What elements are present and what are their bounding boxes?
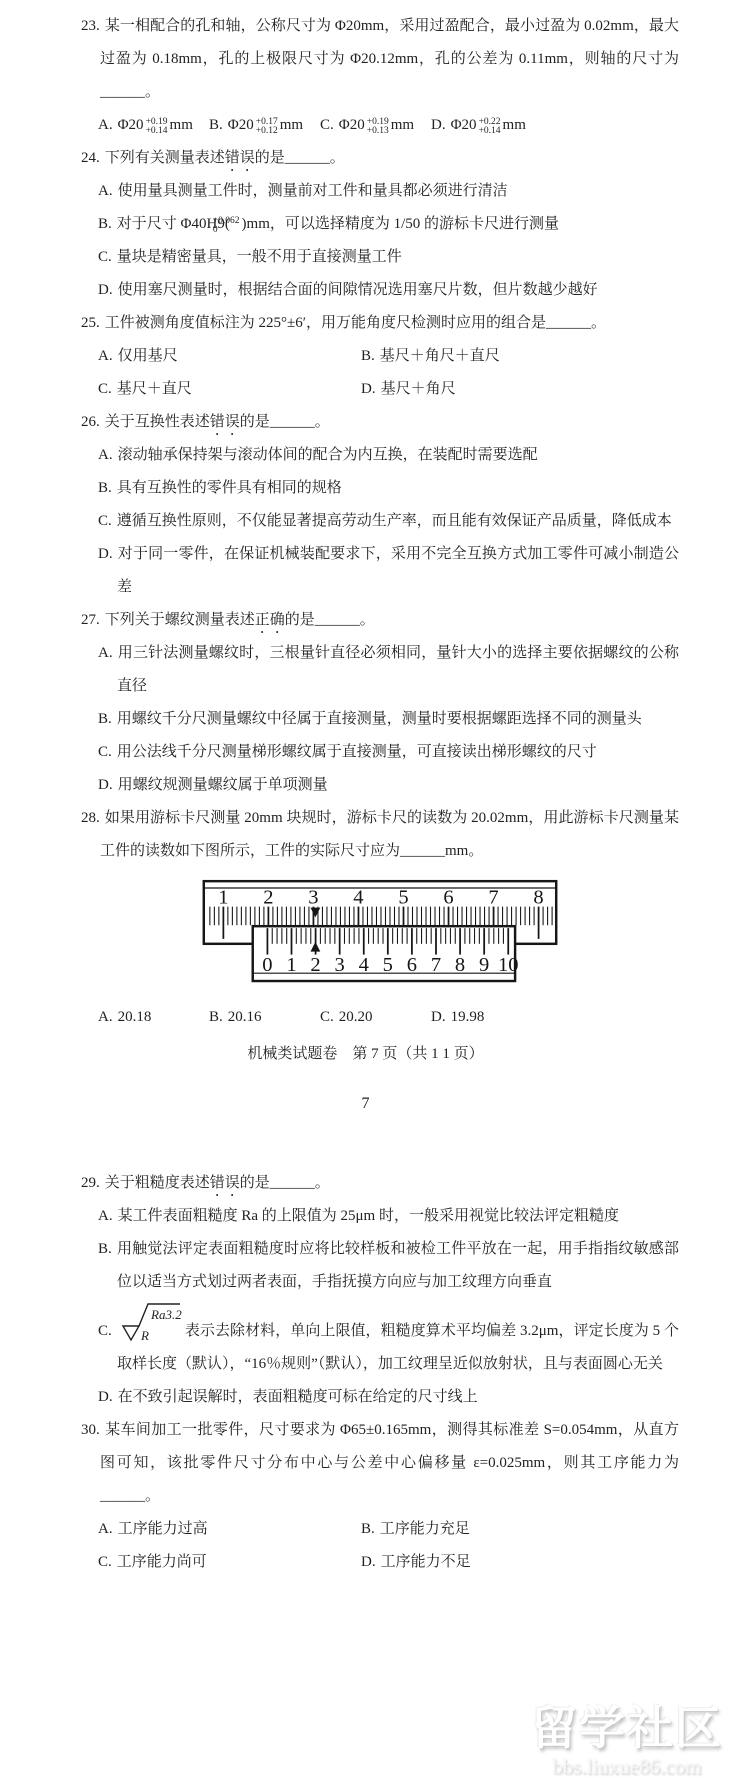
svg-text:3: 3 — [308, 887, 318, 909]
option-label: D. — [98, 546, 113, 562]
option-label: A. — [98, 645, 113, 661]
option-a: A.仅用基尺 — [98, 340, 361, 373]
option-label: D. — [361, 1554, 376, 1570]
option-a: A.使用量具测量工件时，测量前对工件和量具都必须进行清洁 — [98, 175, 679, 208]
option-text: 量块是精密量具，一般不用于直接测量工件 — [117, 249, 402, 265]
svg-text:7: 7 — [488, 887, 498, 909]
option-label: B. — [209, 1009, 223, 1025]
option-text: 使用塞尺测量时，根据结合面的间隙情况选用塞尺片数，但片数越少越好 — [118, 282, 598, 298]
unit: mm — [170, 117, 193, 133]
option-a: A.20.18 — [98, 1001, 209, 1034]
question-text: 某一相配合的孔和轴，公称尺寸为 Φ20mm，采用过盈配合，最小过盈为 0.02m… — [100, 18, 679, 100]
tolerance-stack: +0.17+0.12 — [256, 118, 278, 136]
svg-text:2: 2 — [310, 954, 320, 976]
option-text: 工序能力尚可 — [117, 1554, 207, 1570]
watermark-url: bbs.liuxue86.com — [531, 1754, 723, 1779]
vernier-caliper-figure: 12345678 012345678910 — [194, 876, 566, 994]
question-text: 某车间加工一批零件，尺寸要求为 Φ65±0.165mm，测得其标准差 S=0.0… — [100, 1422, 679, 1504]
question-24-stem: 24.下列有关测量表述错误的是______。 — [81, 142, 679, 175]
option-label: A. — [98, 1009, 113, 1025]
upper-deviation: +0.062 — [232, 217, 240, 226]
surface-roughness-symbol: Ra3.2R — [120, 1299, 182, 1345]
lay-symbol: R — [140, 1328, 149, 1343]
option-text: 使用量具测量工件时，测量前对工件和量具都必须进行清洁 — [118, 183, 508, 199]
question-number: 25. — [81, 315, 100, 331]
option-value: Φ20 — [228, 117, 254, 133]
option-text: 某工件表面粗糙度 Ra 的上限值为 25μm 时，一般采用视觉比较法评定粗糙度 — [118, 1208, 619, 1224]
option-label: D. — [431, 117, 446, 133]
question-number: 26. — [81, 414, 100, 430]
question-29: 29.关于粗糙度表述错误的是______。 A.某工件表面粗糙度 Ra 的上限值… — [81, 1167, 679, 1414]
option-label: A. — [98, 447, 113, 463]
option-c: C.基尺＋直尺 — [98, 373, 361, 406]
svg-text:8: 8 — [533, 887, 543, 909]
question-number: 30. — [81, 1422, 100, 1438]
svg-text:1: 1 — [286, 954, 296, 976]
svg-text:4: 4 — [359, 954, 369, 976]
question-25: 25.工件被测角度值标注为 225°±6′，用万能角度尺检测时应用的组合是___… — [81, 307, 679, 406]
option-label: A. — [98, 183, 113, 199]
question-28-options: A.20.18 B.20.16 C.20.20 D.19.98 — [98, 1001, 679, 1034]
question-24-options: A.使用量具测量工件时，测量前对工件和量具都必须进行清洁 B.对于尺寸 Φ40H… — [98, 175, 679, 307]
option-label: C. — [98, 1323, 112, 1339]
option-text: 工序能力充足 — [380, 1521, 470, 1537]
question-number: 28. — [81, 810, 100, 826]
option-a: A.滚动轴承保持架与滚动体间的配合为内互换，在装配时需要选配 — [98, 439, 679, 472]
question-27-options: A.用三针法测量螺纹时，三根量针直径必须相同，量针大小的选择主要依据螺纹的公称直… — [98, 637, 679, 802]
option-d: D.Φ20+0.22+0.14mm — [431, 109, 526, 142]
svg-text:3: 3 — [335, 954, 345, 976]
watermark-title: 留学社区 — [531, 1692, 723, 1758]
option-label: C. — [98, 513, 112, 529]
option-value: 20.20 — [339, 1009, 373, 1025]
lower-deviation: +0.12 — [256, 127, 278, 136]
question-25-options-row1: A.仅用基尺 B.基尺＋角尺＋直尺 — [98, 340, 679, 373]
question-23-stem: 23.某一相配合的孔和轴，公称尺寸为 Φ20mm，采用过盈配合，最小过盈为 0.… — [81, 10, 679, 109]
option-b: B.用触觉法评定表面粗糙度时应将比较样板和被检工件平放在一起，用手指指纹敏感部位… — [98, 1233, 679, 1299]
question-26: 26.关于互换性表述错误的是______。 A.滚动轴承保持架与滚动体间的配合为… — [81, 406, 679, 604]
question-text: 工件被测角度值标注为 225°±6′，用万能角度尺检测时应用的组合是______… — [105, 315, 606, 331]
option-c: C.Φ20+0.19+0.13mm — [320, 109, 431, 142]
svg-text:9: 9 — [479, 954, 489, 976]
option-text: 用三针法测量螺纹时，三根量针直径必须相同，量针大小的选择主要依据螺纹的公称直径 — [117, 645, 679, 694]
option-b: B.Φ20+0.17+0.12mm — [209, 109, 320, 142]
option-text: 工序能力不足 — [381, 1554, 471, 1570]
option-c: C.20.20 — [320, 1001, 431, 1034]
option-value: Φ20 — [339, 117, 365, 133]
caliper-figure-wrapper: 12345678 012345678910 — [81, 876, 679, 999]
question-30: 30.某车间加工一批零件，尺寸要求为 Φ65±0.165mm，测得其标准差 S=… — [81, 1414, 679, 1579]
option-b: B.基尺＋角尺＋直尺 — [361, 340, 500, 373]
question-30-stem: 30.某车间加工一批零件，尺寸要求为 Φ65±0.165mm，测得其标准差 S=… — [81, 1414, 679, 1513]
question-29-options: A.某工件表面粗糙度 Ra 的上限值为 25μm 时，一般采用视觉比较法评定粗糙… — [98, 1200, 679, 1414]
option-label: C. — [98, 249, 112, 265]
question-25-options-row2: C.基尺＋直尺 D.基尺＋角尺 — [98, 373, 679, 406]
option-text: 具有互换性的零件具有相同的规格 — [117, 480, 342, 496]
option-label: B. — [361, 348, 375, 364]
option-label: B. — [361, 1521, 375, 1537]
option-d: D.在不致引起误解时，表面粗糙度可标在给定的尺寸线上 — [98, 1381, 679, 1414]
tolerance-stack: +0.19+0.13 — [367, 118, 389, 136]
svg-text:0: 0 — [262, 954, 272, 976]
option-d: D.用螺纹规测量螺纹属于单项测量 — [98, 769, 679, 802]
svg-text:8: 8 — [455, 954, 465, 976]
option-value: Φ20 — [118, 117, 144, 133]
unit: mm — [280, 117, 303, 133]
tolerance-stack: +0.19+0.14 — [146, 118, 168, 136]
option-b: B.20.16 — [209, 1001, 320, 1034]
option-c: C.工序能力尚可 — [98, 1546, 361, 1579]
question-26-stem: 26.关于互换性表述错误的是______。 — [81, 406, 679, 439]
roughness-triangle — [123, 1326, 139, 1340]
svg-text:4: 4 — [353, 887, 363, 909]
svg-text:6: 6 — [407, 954, 417, 976]
question-number: 24. — [81, 150, 100, 166]
svg-text:5: 5 — [383, 954, 393, 976]
option-label: D. — [361, 381, 376, 397]
tolerance-stack: +0.22+0.14 — [479, 118, 501, 136]
option-label: B. — [98, 480, 112, 496]
option-text: 表示去除材料，单向上限值，粗糙度算术平均偏差 3.2μm，评定长度为 5 个取样… — [117, 1323, 679, 1372]
option-text: )mm，可以选择精度为 1/50 的游标卡尺进行测量 — [242, 216, 560, 232]
option-text: 基尺＋角尺＋直尺 — [380, 348, 500, 364]
emphasized-word: 错误 — [210, 1175, 240, 1191]
roughness-value: Ra3.2 — [150, 1307, 182, 1322]
svg-text:5: 5 — [398, 887, 408, 909]
question-30-options-row1: A.工序能力过高 B.工序能力充足 — [98, 1513, 679, 1546]
option-label: A. — [98, 1521, 113, 1537]
option-a: A.用三针法测量螺纹时，三根量针直径必须相同，量针大小的选择主要依据螺纹的公称直… — [98, 637, 679, 703]
option-label: A. — [98, 1208, 113, 1224]
option-label: D. — [98, 282, 113, 298]
option-text: 在不致引起误解时，表面粗糙度可标在给定的尺寸线上 — [118, 1389, 478, 1405]
question-text: 下列有关测量表述 — [105, 150, 225, 166]
option-value: 19.98 — [451, 1009, 485, 1025]
svg-text:10: 10 — [498, 954, 519, 976]
option-text: 滚动轴承保持架与滚动体间的配合为内互换，在装配时需要选配 — [118, 447, 538, 463]
option-b: B.具有互换性的零件具有相同的规格 — [98, 472, 679, 505]
option-label: A. — [98, 117, 113, 133]
option-c: C.用公法线千分尺测量梯形螺纹属于直接测量，可直接读出梯形螺纹的尺寸 — [98, 736, 679, 769]
option-d: D.对于同一零件，在保证机械装配要求下，采用不完全互换方式加工零件可减小制造公差 — [98, 538, 679, 604]
question-28: 28.如果用游标卡尺测量 20mm 块规时，游标卡尺的读数为 20.02mm，用… — [81, 802, 679, 1034]
option-label: B. — [98, 216, 112, 232]
lower-deviation: +0.14 — [479, 127, 501, 136]
question-25-stem: 25.工件被测角度值标注为 225°±6′，用万能角度尺检测时应用的组合是___… — [81, 307, 679, 340]
unit: mm — [391, 117, 414, 133]
svg-text:7: 7 — [431, 954, 441, 976]
lower-deviation: +0.14 — [146, 127, 168, 136]
question-text: 如果用游标卡尺测量 20mm 块规时，游标卡尺的读数为 20.02mm，用此游标… — [100, 810, 679, 859]
question-text: 下列关于螺纹测量表述 — [105, 612, 255, 628]
unit: mm — [503, 117, 526, 133]
question-text: 的是______。 — [240, 1175, 330, 1191]
option-text: 仅用基尺 — [118, 348, 178, 364]
question-number: 27. — [81, 612, 100, 628]
exam-sheet: 23.某一相配合的孔和轴，公称尺寸为 Φ20mm，采用过盈配合，最小过盈为 0.… — [0, 0, 731, 1579]
question-24: 24.下列有关测量表述错误的是______。 A.使用量具测量工件时，测量前对工… — [81, 142, 679, 307]
option-c: C.遵循互换性原则，不仅能显著提高劳动生产率，而且能有效保证产品质量，降低成本 — [98, 505, 679, 538]
emphasized-word: 错误 — [225, 150, 255, 166]
option-b: B.工序能力充足 — [361, 1513, 470, 1546]
option-label: B. — [98, 711, 112, 727]
option-d: D.使用塞尺测量时，根据结合面的间隙情况选用塞尺片数，但片数越少越好 — [98, 274, 679, 307]
question-29-stem: 29.关于粗糙度表述错误的是______。 — [81, 1167, 679, 1200]
option-label: C. — [320, 117, 334, 133]
option-text: 用公法线千分尺测量梯形螺纹属于直接测量，可直接读出梯形螺纹的尺寸 — [117, 744, 597, 760]
option-text: 用螺纹规测量螺纹属于单项测量 — [118, 777, 328, 793]
emphasized-word: 正确 — [255, 612, 285, 628]
option-b: B.对于尺寸 Φ40H9(+0.0620)mm，可以选择精度为 1/50 的游标… — [98, 208, 679, 241]
question-text: 的是______。 — [255, 150, 345, 166]
option-label: D. — [98, 1389, 113, 1405]
option-text: 遵循互换性原则，不仅能显著提高劳动生产率，而且能有效保证产品质量，降低成本 — [117, 513, 672, 529]
question-27-stem: 27.下列关于螺纹测量表述正确的是______。 — [81, 604, 679, 637]
option-text: 工序能力过高 — [118, 1521, 208, 1537]
page-footer: 机械类试题卷 第 7 页（共 1 1 页） — [0, 1038, 731, 1071]
option-label: C. — [98, 381, 112, 397]
option-a: A.Φ20+0.19+0.14mm — [98, 109, 209, 142]
lower-deviation: +0.13 — [367, 127, 389, 136]
option-a: A.工序能力过高 — [98, 1513, 361, 1546]
question-text: 关于互换性表述 — [105, 414, 210, 430]
option-text: 用螺纹千分尺测量螺纹中径属于直接测量，测量时要根据螺距选择不同的测量头 — [117, 711, 642, 727]
question-number: 23. — [81, 18, 100, 34]
option-value: 20.18 — [118, 1009, 152, 1025]
emphasized-word: 错误 — [210, 414, 240, 430]
option-text: 用触觉法评定表面粗糙度时应将比较样板和被检工件平放在一起，用手指指纹敏感部位以适… — [117, 1241, 679, 1290]
option-label: B. — [98, 1241, 112, 1257]
question-26-options: A.滚动轴承保持架与滚动体间的配合为内互换，在装配时需要选配 B.具有互换性的零… — [98, 439, 679, 604]
page-number: 7 — [0, 1095, 731, 1113]
option-label: C. — [320, 1009, 334, 1025]
page-gap — [0, 1113, 731, 1167]
option-label: A. — [98, 348, 113, 364]
svg-text:1: 1 — [218, 887, 228, 909]
option-text: 基尺＋直尺 — [117, 381, 192, 397]
option-a: A.某工件表面粗糙度 Ra 的上限值为 25μm 时，一般采用视觉比较法评定粗糙… — [98, 1200, 679, 1233]
option-d: D.基尺＋角尺 — [361, 373, 456, 406]
option-value: Φ20 — [451, 117, 477, 133]
option-label: D. — [98, 777, 113, 793]
option-c: C.Ra3.2R表示去除材料，单向上限值，粗糙度算术平均偏差 3.2μm，评定长… — [98, 1299, 679, 1381]
option-d: D.19.98 — [431, 1001, 484, 1034]
svg-text:2: 2 — [263, 887, 273, 909]
option-d: D.工序能力不足 — [361, 1546, 471, 1579]
option-label: B. — [209, 117, 223, 133]
option-b: B.用螺纹千分尺测量螺纹中径属于直接测量，测量时要根据螺距选择不同的测量头 — [98, 703, 679, 736]
option-text: 对于同一零件，在保证机械装配要求下，采用不完全互换方式加工零件可减小制造公差 — [117, 546, 679, 595]
question-28-stem: 28.如果用游标卡尺测量 20mm 块规时，游标卡尺的读数为 20.02mm，用… — [81, 802, 679, 868]
question-text: 的是______。 — [240, 414, 330, 430]
option-label: D. — [431, 1009, 446, 1025]
tolerance-stack: +0.0620 — [232, 217, 240, 235]
option-label: C. — [98, 744, 112, 760]
question-number: 29. — [81, 1175, 100, 1191]
question-text: 的是______。 — [285, 612, 375, 628]
option-c: C.量块是精密量具，一般不用于直接测量工件 — [98, 241, 679, 274]
option-text: 基尺＋角尺 — [381, 381, 456, 397]
lower-deviation: 0 — [232, 226, 240, 235]
option-value: 20.16 — [228, 1009, 262, 1025]
question-27: 27.下列关于螺纹测量表述正确的是______。 A.用三针法测量螺纹时，三根量… — [81, 604, 679, 802]
question-text: 关于粗糙度表述 — [105, 1175, 210, 1191]
question-30-options-row2: C.工序能力尚可 D.工序能力不足 — [98, 1546, 679, 1579]
svg-text:6: 6 — [443, 887, 453, 909]
question-23: 23.某一相配合的孔和轴，公称尺寸为 Φ20mm，采用过盈配合，最小过盈为 0.… — [81, 10, 679, 142]
option-label: C. — [98, 1554, 112, 1570]
watermark: 留学社区 bbs.liuxue86.com — [531, 1692, 723, 1779]
question-23-options: A.Φ20+0.19+0.14mm B.Φ20+0.17+0.12mm C.Φ2… — [98, 109, 679, 142]
